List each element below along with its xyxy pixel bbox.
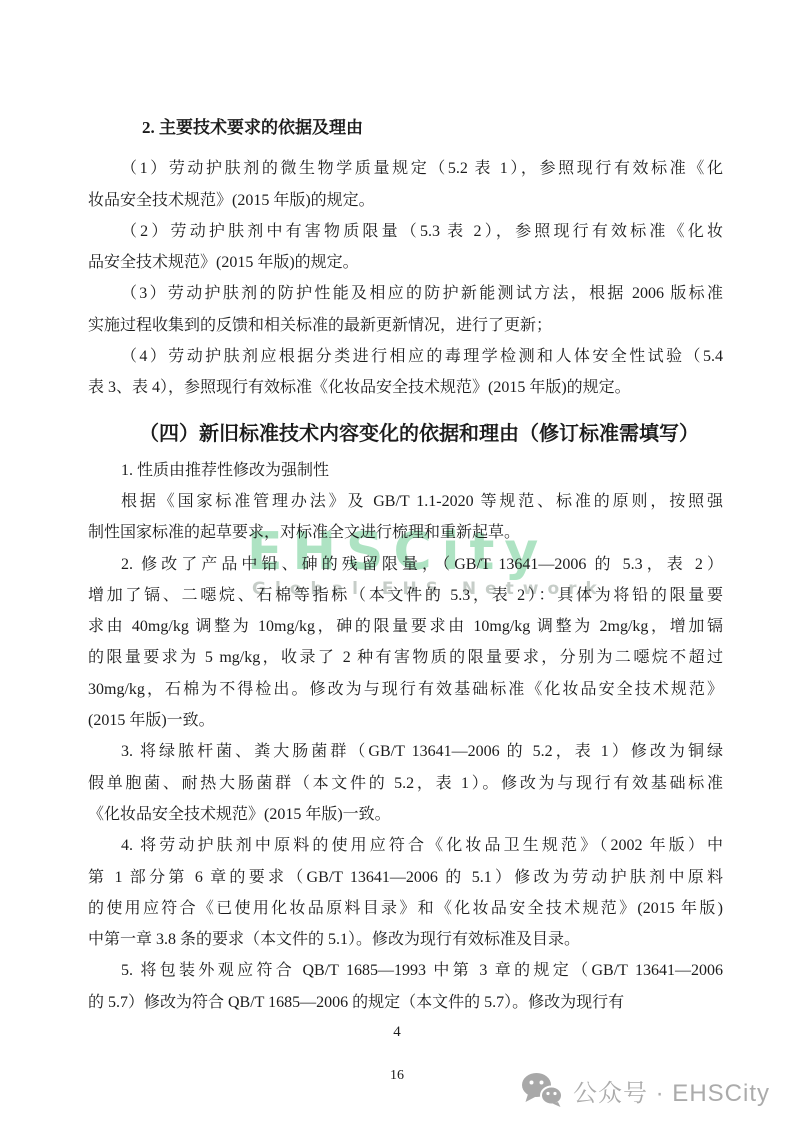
heading1: 2. 主要技术要求的依据及理由 <box>88 112 723 143</box>
text-line: 的限量要求为 5 mg/kg，收录了 2 种有害物质的限量要求，分别为二噁烷不超… <box>88 642 723 673</box>
text-line: 表 3、表 4），参照现行有效标准《化妆品安全技术规范》(2015 年版)的规定… <box>88 372 723 403</box>
paragraph: （1）劳动护肤剂的微生物学质量规定（5.2 表 1），参照现行有效标准《化妆品安… <box>88 153 723 216</box>
paragraph: 3. 将绿脓杆菌、粪大肠菌群（GB/T 13641—2006 的 5.2，表 1… <box>88 736 723 830</box>
text-line: （四）新旧标准技术内容变化的依据和理由（修订标准需填写） <box>88 416 723 452</box>
text-line: 品安全技术规范》(2015 年版)的规定。 <box>88 247 723 278</box>
page-number-inner: 4 <box>0 1024 794 1041</box>
text-line: 的 5.7）修改为符合 QB/T 1685—2006 的规定（本文件的 5.7）… <box>88 987 723 1018</box>
text-line: 制性国家标准的起草要求，对标准全文进行梳理和重新起草。 <box>88 517 723 548</box>
paragraph: （2）劳动护肤剂中有害物质限量（5.3 表 2），参照现行有效标准《化妆品安全技… <box>88 216 723 279</box>
text-line: 根据《国家标准管理办法》及 GB/T 1.1-2020 等规范、标准的原则，按照… <box>88 486 723 517</box>
text-line: 第 1 部分第 6 章的要求（GB/T 13641—2006 的 5.1）修改为… <box>88 862 723 893</box>
text-line: （3）劳动护肤剂的防护性能及相应的防护新能测试方法，根据 2006 版标准 <box>88 278 723 309</box>
paragraph: （4）劳动护肤剂应根据分类进行相应的毒理学检测和人体安全性试验（5.4表 3、表… <box>88 341 723 404</box>
text-line: 2. 修改了产品中铅、砷的残留限量，（GB/T 13641—2006 的 5.3… <box>88 549 723 580</box>
wechat-label: 公众号 · EHSCity <box>573 1073 770 1108</box>
wechat-footer: 公众号 · EHSCity <box>521 1072 770 1108</box>
paragraph: 根据《国家标准管理办法》及 GB/T 1.1-2020 等规范、标准的原则，按照… <box>88 486 723 549</box>
text-line: 假单胞菌、耐热大肠菌群（本文件的 5.2，表 1）。修改为与现行有效基础标准 <box>88 768 723 799</box>
heading2: （四）新旧标准技术内容变化的依据和理由（修订标准需填写） <box>88 416 723 452</box>
text-line: （4）劳动护肤剂应根据分类进行相应的毒理学检测和人体安全性试验（5.4 <box>88 341 723 372</box>
text-line: 1. 性质由推荐性修改为强制性 <box>88 455 723 486</box>
text-line: 中第一章 3.8 条的要求（本文件的 5.1）。修改为现行有效标准及目录。 <box>88 924 723 955</box>
text-line: 30mg/kg，石棉为不得检出。修改为与现行有效基础标准《化妆品安全技术规范》 <box>88 674 723 705</box>
text-line: （1）劳动护肤剂的微生物学质量规定（5.2 表 1），参照现行有效标准《化 <box>88 153 723 184</box>
paragraph: 2. 修改了产品中铅、砷的残留限量，（GB/T 13641—2006 的 5.3… <box>88 549 723 737</box>
wechat-icon <box>521 1072 563 1108</box>
text-line: 妆品安全技术规范》(2015 年版)的规定。 <box>88 185 723 216</box>
text-line: 3. 将绿脓杆菌、粪大肠菌群（GB/T 13641—2006 的 5.2，表 1… <box>88 736 723 767</box>
text-line: 的使用应符合《已使用化妆品原料目录》和《化妆品安全技术规范》(2015 年版) <box>88 893 723 924</box>
paragraph: 4. 将劳动护肤剂中原料的使用应符合《化妆品卫生规范》（2002 年版）中第 1… <box>88 830 723 955</box>
document-page: EHSCity Global EHS Network 2. 主要技术要求的依据及… <box>0 0 794 1123</box>
text-line: 增加了镉、二噁烷、石棉等指标（本文件的 5.3，表 2）：具体为将铅的限量要 <box>88 580 723 611</box>
text-line: 求由 40mg/kg 调整为 10mg/kg，砷的限量要求由 10mg/kg 调… <box>88 611 723 642</box>
text-line: 4. 将劳动护肤剂中原料的使用应符合《化妆品卫生规范》（2002 年版）中 <box>88 830 723 861</box>
text-line: 《化妆品安全技术规范》(2015 年版)一致。 <box>88 799 723 830</box>
subhead: 1. 性质由推荐性修改为强制性 <box>88 455 723 486</box>
paragraph: （3）劳动护肤剂的防护性能及相应的防护新能测试方法，根据 2006 版标准实施过… <box>88 278 723 341</box>
text-line: 实施过程收集到的反馈和相关标准的最新更新情况，进行了更新； <box>88 310 723 341</box>
text-line: 2. 主要技术要求的依据及理由 <box>88 112 723 143</box>
text-line: （2）劳动护肤剂中有害物质限量（5.3 表 2），参照现行有效标准《化妆 <box>88 216 723 247</box>
paragraph: 5. 将包装外观应符合 QB/T 1685—1993 中第 3 章的规定（GB/… <box>88 955 723 1018</box>
text-line: (2015 年版)一致。 <box>88 705 723 736</box>
document-body: 2. 主要技术要求的依据及理由（1）劳动护肤剂的微生物学质量规定（5.2 表 1… <box>88 112 723 1018</box>
text-line: 5. 将包装外观应符合 QB/T 1685—1993 中第 3 章的规定（GB/… <box>88 955 723 986</box>
